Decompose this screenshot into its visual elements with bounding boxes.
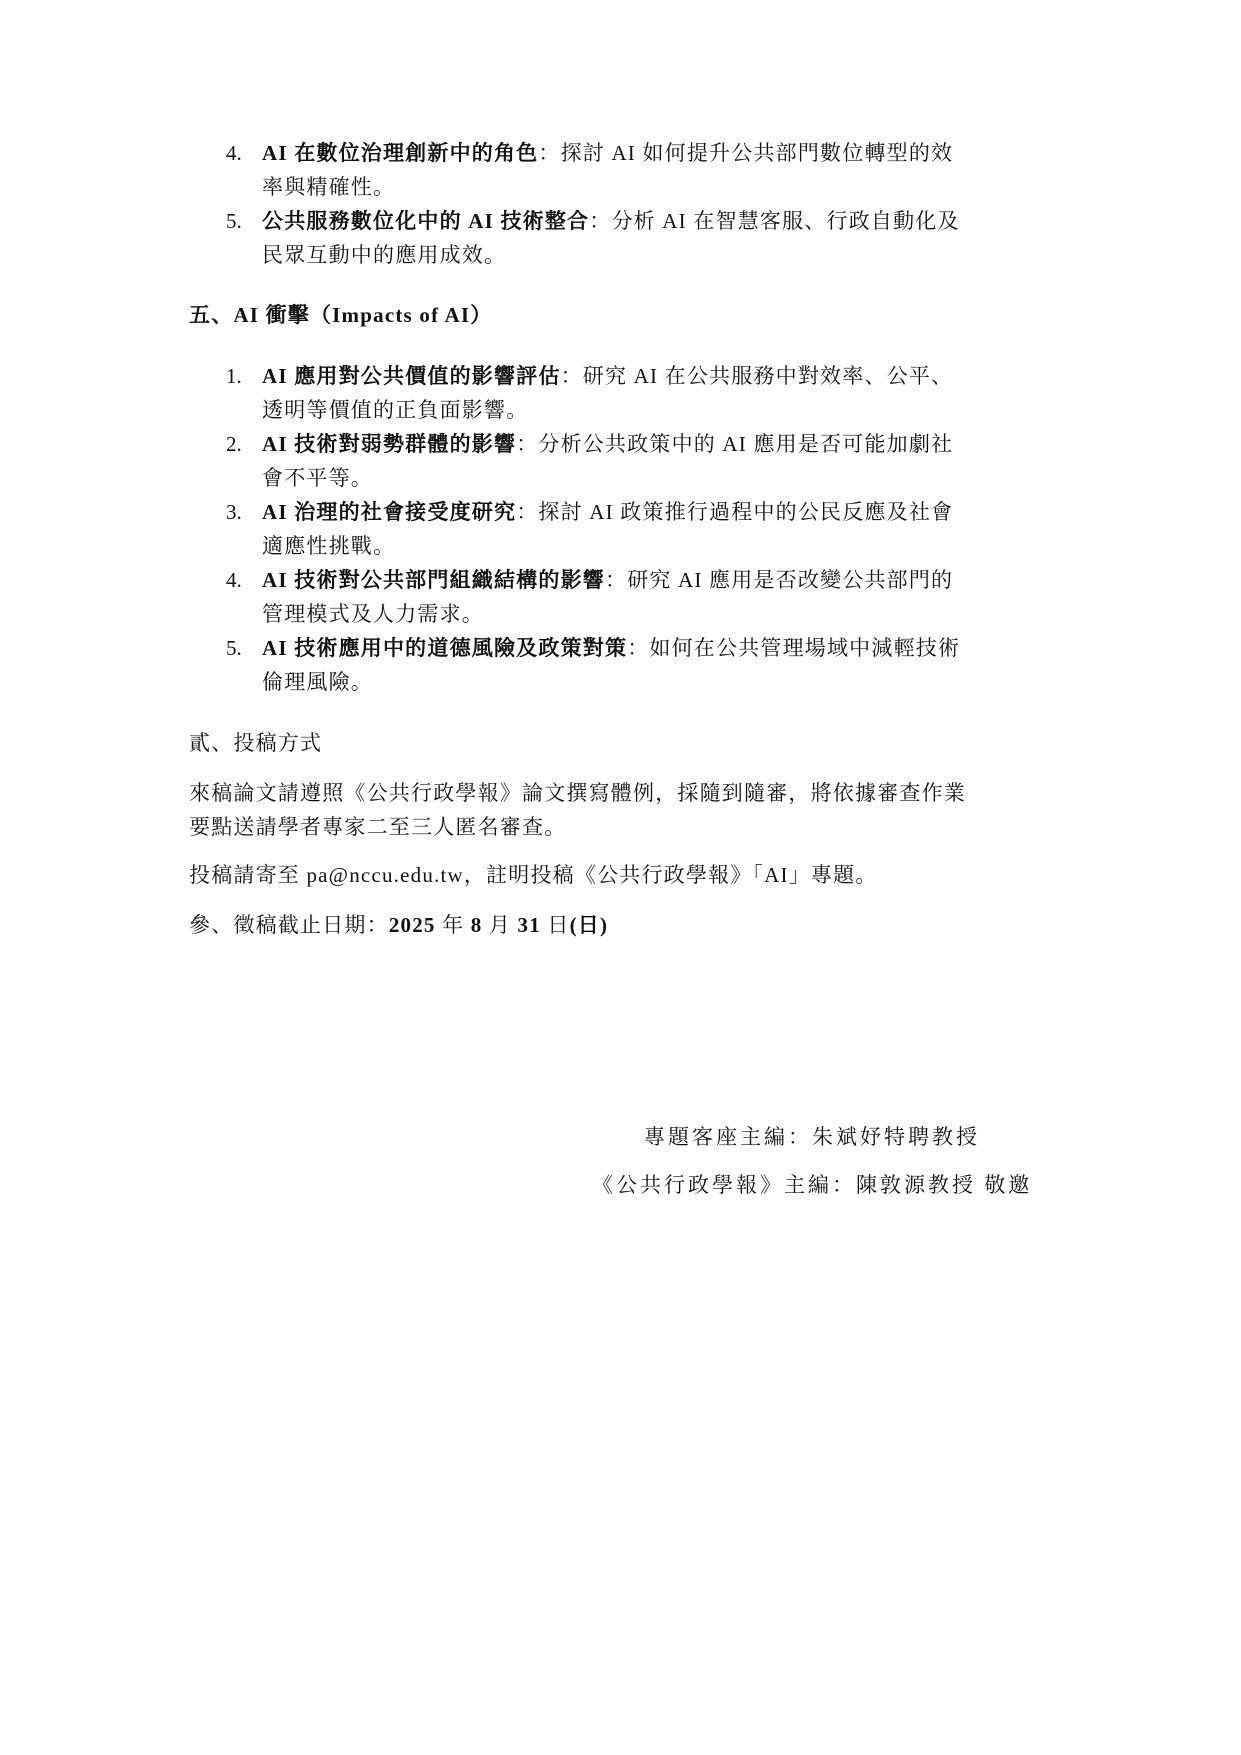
- list-item-continuation: 適應性挑戰。: [262, 533, 395, 559]
- list-item: AI 技術應用中的道德風險及政策對策：如何在公共管理場域中減輕技術: [262, 635, 960, 661]
- item-description: ：研究 AI 在公共服務中對效率、公平、: [561, 364, 954, 388]
- list-item-continuation: 率與精確性。: [262, 174, 395, 200]
- item-title: AI 技術應用中的道德風險及政策對策: [262, 636, 627, 660]
- item-title: AI 在數位治理創新中的角色: [262, 141, 538, 165]
- item-title: AI 治理的社會接受度研究: [262, 500, 516, 524]
- submission-email-paragraph: 投稿請寄至 pa@nccu.edu.tw，註明投稿《公共行政學報》「AI」專題。: [189, 862, 878, 888]
- deadline-line: 參、徵稿截止日期：2025 年 8 月 31 日(日): [189, 912, 608, 938]
- item-title-bold: AI: [468, 209, 494, 233]
- list-item: AI 治理的社會接受度研究：探討 AI 政策推行過程中的公民反應及社會: [262, 499, 953, 525]
- list-item-continuation: 會不平等。: [262, 465, 373, 491]
- deadline-month: 8: [471, 913, 483, 937]
- paragraph-line: 要點送請學者專家二至三人匿名審查。: [189, 814, 566, 840]
- list-item: AI 技術對弱勢群體的影響：分析公共政策中的 AI 應用是否可能加劇社: [262, 431, 953, 457]
- deadline-weekday: (日): [570, 913, 609, 937]
- deadline-month-unit: 月: [482, 913, 517, 937]
- item-title-post: 技術整合: [494, 209, 589, 233]
- list-number: 5.: [226, 635, 242, 661]
- deadline-year: 2025: [389, 913, 436, 937]
- list-number: 4.: [226, 140, 242, 166]
- list-number: 2.: [226, 431, 242, 457]
- guest-editor-signature: 專題客座主編：朱斌妤特聘教授: [644, 1124, 980, 1150]
- list-number: 1.: [226, 363, 242, 389]
- section-heading: 貳、投稿方式: [189, 730, 322, 756]
- deadline-day-unit: 日: [541, 913, 570, 937]
- section-heading: 五、AI 衝擊（Impacts of AI）: [189, 302, 493, 328]
- item-description: ：探討 AI 政策推行過程中的公民反應及社會: [516, 500, 953, 524]
- document-page: 4. AI 在數位治理創新中的角色：探討 AI 如何提升公共部門數位轉型的效 率…: [0, 0, 1241, 1755]
- chief-editor-signature: 《公共行政學報》主編：陳敦源教授 敬邀: [592, 1172, 1032, 1198]
- deadline-label: 參、徵稿截止日期：: [189, 913, 389, 937]
- item-description: ：研究 AI 應用是否改變公共部門的: [605, 568, 953, 592]
- list-item-continuation: 倫理風險。: [262, 669, 373, 695]
- list-number: 3.: [226, 499, 242, 525]
- list-item-continuation: 民眾互動中的應用成效。: [262, 242, 506, 268]
- item-title: AI 應用對公共價值的影響評估: [262, 364, 561, 388]
- item-description: ：分析公共政策中的 AI 應用是否可能加劇社: [516, 432, 953, 456]
- list-number: 4.: [226, 567, 242, 593]
- deadline-year-unit: 年: [436, 913, 471, 937]
- list-item-continuation: 管理模式及人力需求。: [262, 601, 484, 627]
- paragraph-line: 來稿論文請遵照《公共行政學報》論文撰寫體例，採隨到隨審，將依據審查作業: [189, 780, 966, 806]
- item-description: ：分析 AI 在智慧客服、行政自動化及: [589, 209, 959, 233]
- item-title: AI 技術對公共部門組織結構的影響: [262, 568, 605, 592]
- list-item: AI 技術對公共部門組織結構的影響：研究 AI 應用是否改變公共部門的: [262, 567, 953, 593]
- item-description: ：如何在公共管理場域中減輕技術: [627, 636, 960, 660]
- list-number: 5.: [226, 208, 242, 234]
- item-title: AI 技術對弱勢群體的影響: [262, 432, 516, 456]
- list-item: AI 在數位治理創新中的角色：探討 AI 如何提升公共部門數位轉型的效: [262, 140, 953, 166]
- list-item: 公共服務數位化中的 AI 技術整合：分析 AI 在智慧客服、行政自動化及: [262, 208, 960, 234]
- item-title-pre: 公共服務數位化中的: [262, 209, 468, 233]
- list-item-continuation: 透明等價值的正負面影響。: [262, 397, 528, 423]
- deadline-day: 31: [518, 913, 541, 937]
- list-item: AI 應用對公共價值的影響評估：研究 AI 在公共服務中對效率、公平、: [262, 363, 953, 389]
- item-description: ：探討 AI 如何提升公共部門數位轉型的效: [538, 141, 953, 165]
